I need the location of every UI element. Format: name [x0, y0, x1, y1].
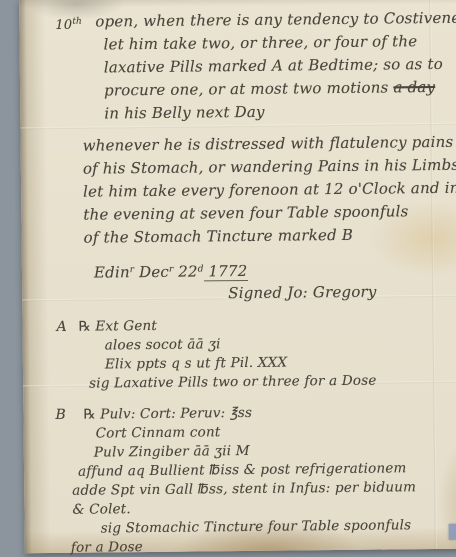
manuscript-line: 10th open, when there is any tendency to… [95, 7, 456, 34]
manuscript-line: in his Belly next Day [104, 99, 456, 126]
prescription-b: B ℞ Pulv: Cort: Peruv: ℥ss Cort Cinnam c… [83, 402, 456, 557]
prescription-a: A ℞ Ext Gent aloes socot āā ʒi Elix ppts… [78, 314, 456, 394]
manuscript-line-text: open, when there is any tendency to Cost… [95, 9, 456, 31]
date-year-underlined: 1772 [203, 262, 247, 281]
paragraph-number-suffix: th [72, 17, 82, 27]
paragraph-number-text: 10 [55, 18, 72, 33]
date-superscript: d [198, 264, 204, 274]
paragraph-laxative-directions: 10th open, when there is any tendency to… [81, 7, 456, 126]
rx-sig-line: sig Laxative Pills two or three for a Do… [89, 371, 456, 394]
rx-sig-line: for a Dose [71, 535, 456, 557]
date-month: Dec [134, 263, 169, 281]
manuscript-line: procure one, or at most two motions a da… [104, 76, 456, 103]
manuscript-text: 10th open, when there is any tendency to… [19, 7, 456, 557]
date-day: 22 [173, 262, 198, 280]
manuscript-line: the evening at seven four Table spoonful… [83, 200, 456, 227]
manuscript-page: 10th open, when there is any tendency to… [19, 0, 456, 553]
struck-out-words: a day [393, 78, 435, 96]
signature-line: Signed Jo: Gregory [228, 280, 456, 304]
manuscript-line: of the Stomach Tincture marked B [83, 223, 456, 250]
prescription-a-label: A [56, 318, 67, 337]
date-place: Edin [94, 263, 130, 281]
scan-background: 10th open, when there is any tendency to… [0, 0, 456, 557]
rx-sig-line: sig Stomachic Tincture four Table spoonf… [101, 516, 456, 539]
manuscript-line-text: procure one, or at most two motions [104, 78, 389, 99]
prescription-b-label: B [55, 406, 66, 425]
paragraph-tincture-directions: whenever he is distressed with flatulenc… [83, 131, 456, 250]
rx-line: adde Spt vin Gall ℔ss, stent in Infus: p… [72, 478, 456, 501]
paragraph-number: 10th [55, 11, 82, 37]
